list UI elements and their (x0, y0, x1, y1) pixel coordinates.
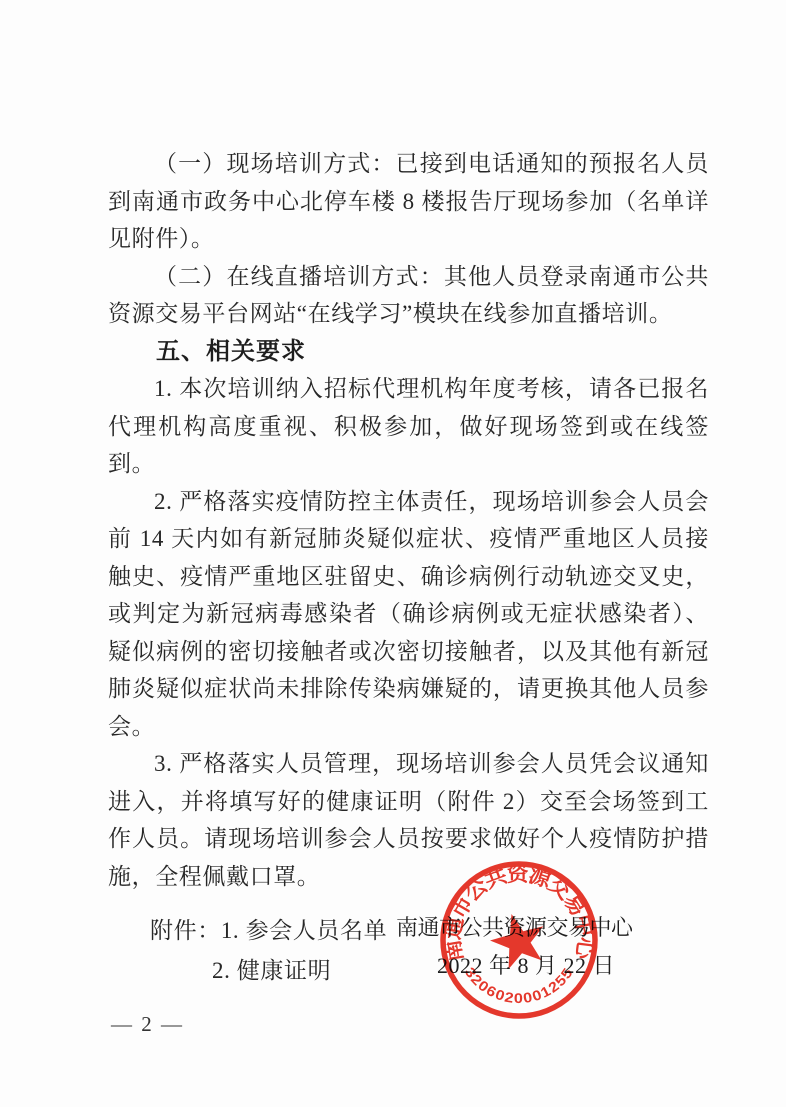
attachments-label: 附件： (150, 918, 221, 943)
paragraph-requirement-3: 3. 严格落实人员管理，现场培训参会人员凭会议通知进入，并将填写好的健康证明（附… (108, 745, 709, 895)
attachment-item-2: 2. 健康证明 (108, 951, 709, 991)
seal-code: 3206020001255 (462, 964, 577, 1006)
paragraph-onsite-training: （一）现场培训方式：已接到电话通知的预报名人员到南通市政务中心北停车楼 8 楼报… (108, 145, 709, 258)
page-number: — 2 — (111, 1012, 184, 1037)
paragraph-requirement-2: 2. 严格落实疫情防控主体责任，现场培训参会人员会前 14 天内如有新冠肺炎疑似… (108, 483, 709, 746)
document-page: （一）现场培训方式：已接到电话通知的预报名人员到南通市政务中心北停车楼 8 楼报… (0, 0, 786, 1107)
paragraph-requirement-1: 1. 本次培训纳入招标代理机构年度考核，请各已报名代理机构高度重视、积极参加，做… (108, 370, 709, 483)
section-heading-requirements: 五、相关要求 (108, 333, 709, 371)
star-icon (490, 914, 543, 969)
attachment-item-1-text: 1. 参会人员名单 (221, 918, 387, 943)
official-seal-stamp-icon: 南通市公共资源交易中心 3206020001255 (424, 845, 614, 1035)
document-body: （一）现场培训方式：已接到电话通知的预报名人员到南通市政务中心北停车楼 8 楼报… (108, 145, 709, 991)
attachment-item-2-text: 2. 健康证明 (212, 958, 331, 983)
paragraph-online-training: （二）在线直播培训方式：其他人员登录南通市公共资源交易平台网站“在线学习”模块在… (108, 258, 709, 333)
